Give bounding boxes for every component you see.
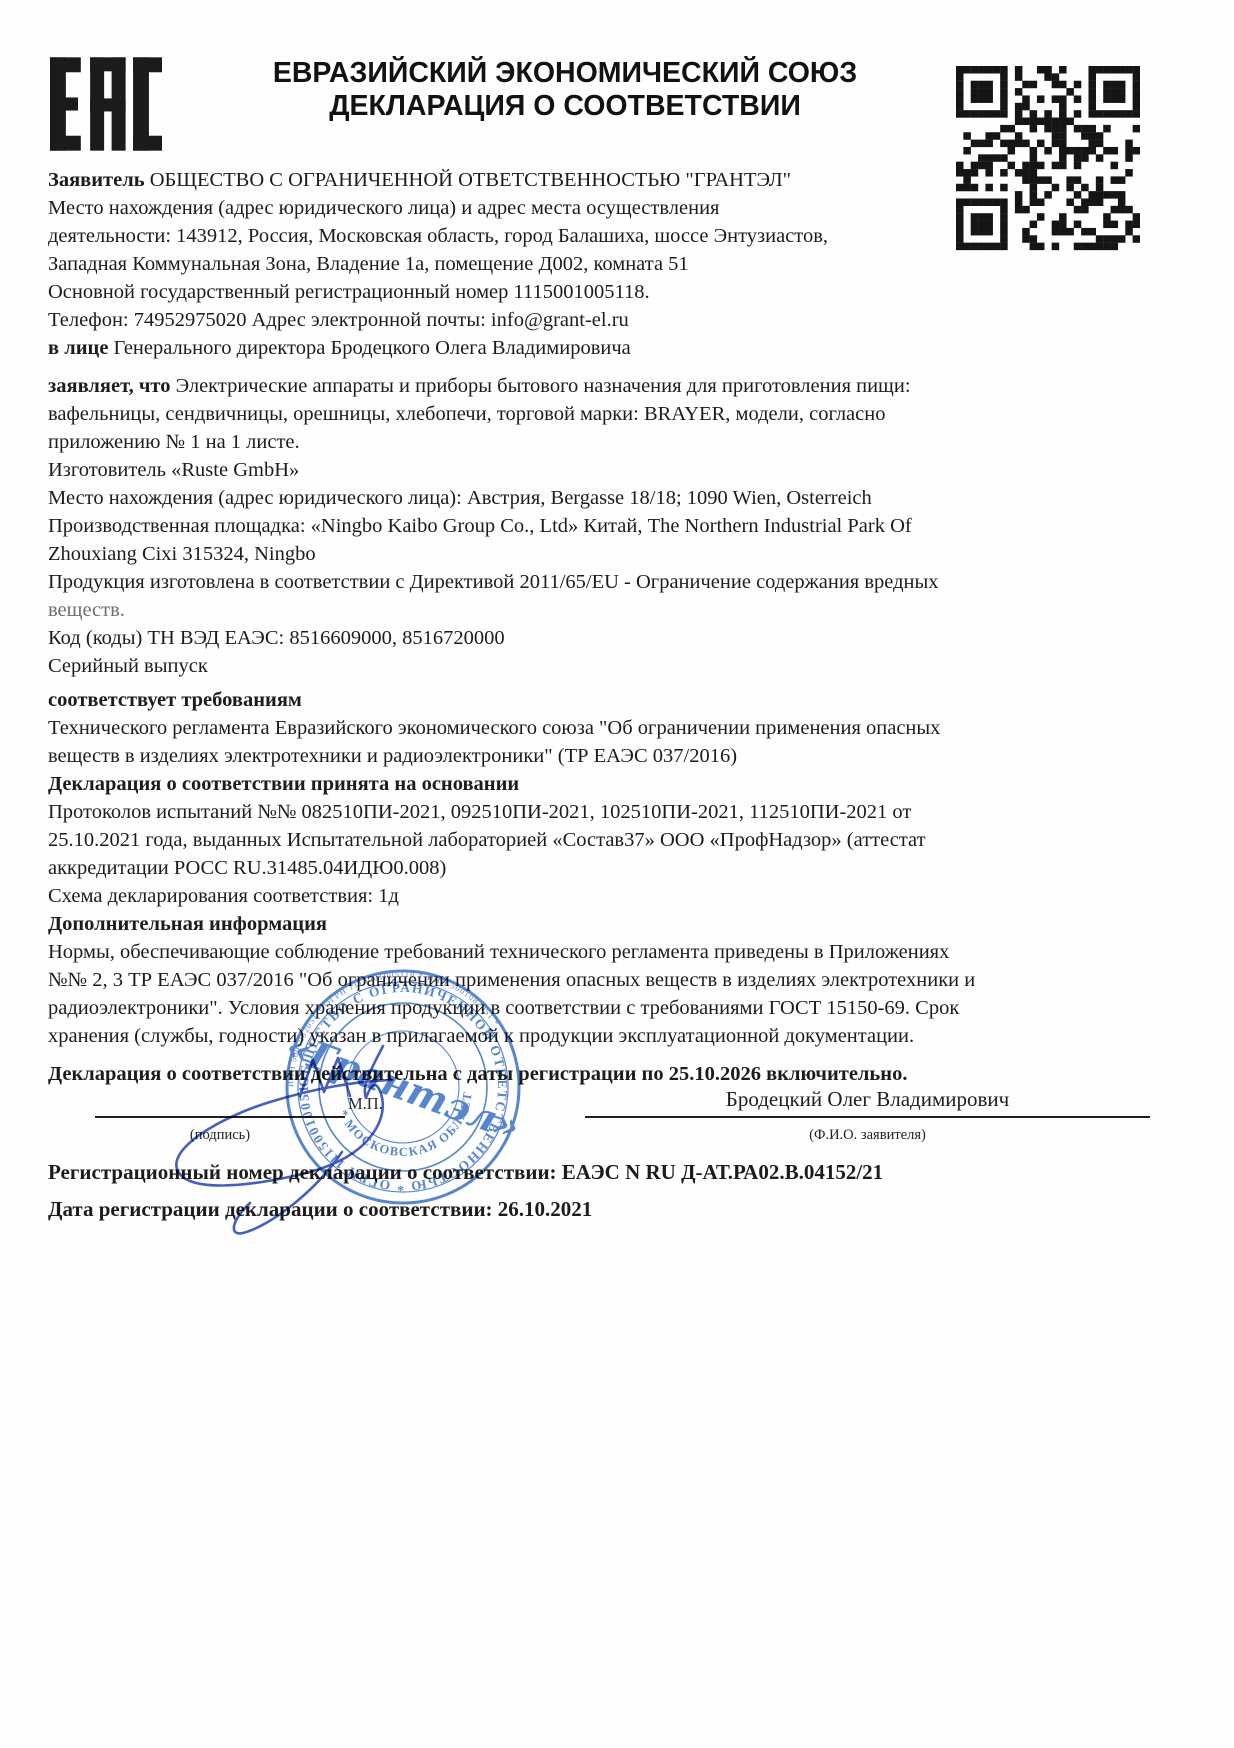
applicant-line: Заявитель ОБЩЕСТВО С ОГРАНИЧЕННОЙ ОТВЕТС… (48, 166, 1200, 194)
signature-strokes (176, 1046, 392, 1233)
product-description-line: приложению № 1 на 1 листе. (48, 428, 1200, 456)
applicant-label: Заявитель (48, 169, 145, 191)
directive-line-faded: веществ. (48, 596, 1200, 624)
applicant-address-line: Западная Коммунальная Зона, Владение 1а,… (48, 250, 1200, 278)
basis-line: Протоколов испытаний №№ 082510ПИ-2021, 0… (48, 798, 1200, 826)
additional-info-line: №№ 2, 3 ТР ЕАЭС 037/2016 "Об ограничении… (48, 966, 1200, 994)
handwritten-signature (150, 1015, 480, 1255)
basis-line: 25.10.2021 года, выданных Испытательной … (48, 826, 1200, 854)
applicant-address-line: Место нахождения (адрес юридического лиц… (48, 194, 1200, 222)
additional-info-line: Нормы, обеспечивающие соблюдение требова… (48, 938, 1200, 966)
fullname-caption: (Ф.И.О. заявителя) (585, 1121, 1150, 1149)
compliance-line: Технического регламента Евразийского эко… (48, 714, 1200, 742)
document-title: ЕВРАЗИЙСКИЙ ЭКОНОМИЧЕСКИЙ СОЮЗ ДЕКЛАРАЦИ… (170, 57, 960, 123)
applicant-address-line: деятельности: 143912, Россия, Московская… (48, 222, 1200, 250)
declares-line: заявляет, что Электрические аппараты и п… (48, 372, 1200, 400)
applicant-name: ОБЩЕСТВО С ОГРАНИЧЕННОЙ ОТВЕТСТВЕННОСТЬЮ… (145, 169, 791, 191)
fullname-line (585, 1116, 1150, 1118)
tnved-code-line: Код (коды) ТН ВЭД ЕАЭС: 8516609000, 8516… (48, 624, 1200, 652)
scheme-line: Схема декларирования соответствия: 1д (48, 882, 1200, 910)
applicant-fullname: Бродецкий Олег Владимирович (585, 1085, 1150, 1113)
production-site-line: Производственная площадка: «Ningbo Kaibo… (48, 512, 1200, 540)
compliance-heading: соответствует требованиям (48, 686, 1200, 714)
applicant-ogrn-line: Основной государственный регистрационный… (48, 278, 1200, 306)
basis-heading: Декларация о соответствии принята на осн… (48, 770, 1200, 798)
manufacturer-address-line: Место нахождения (адрес юридического лиц… (48, 484, 1200, 512)
eac-logo: EAC (50, 56, 162, 152)
eac-mark-icon (50, 56, 162, 152)
in-person-text: Генерального директора Бродецкого Олега … (108, 337, 630, 359)
directive-line: Продукция изготовлена в соответствии с Д… (48, 568, 1200, 596)
applicant-contacts-line: Телефон: 74952975020 Адрес электронной п… (48, 306, 1200, 334)
serial-release-line: Серийный выпуск (48, 652, 1200, 680)
product-description-line: вафельницы, сендвичницы, орешницы, хлебо… (48, 400, 1200, 428)
declares-label: заявляет, что (48, 375, 170, 397)
additional-info-heading: Дополнительная информация (48, 910, 1200, 938)
declaration-document: EAC ЕВРАЗИЙСКИЙ ЭКОНОМИЧЕСКИЙ СОЮЗ ДЕКЛА… (0, 0, 1234, 1748)
title-union: ЕВРАЗИЙСКИЙ ЭКОНОМИЧЕСКИЙ СОЮЗ (170, 57, 960, 90)
basis-line: аккредитации РОСС RU.31485.04ИДЮ0.008) (48, 854, 1200, 882)
in-person-line: в лице Генерального директора Бродецкого… (48, 334, 1200, 362)
in-person-label: в лице (48, 337, 108, 359)
compliance-line: веществ в изделиях электротехники и ради… (48, 742, 1200, 770)
production-site-line: Zhouxiang Cixi 315324, Ningbo (48, 540, 1200, 568)
product-description: Электрические аппараты и приборы бытовог… (170, 375, 910, 397)
title-declaration: ДЕКЛАРАЦИЯ О СООТВЕТСТВИИ (170, 90, 960, 123)
manufacturer-line: Изготовитель «Ruste GmbH» (48, 456, 1200, 484)
